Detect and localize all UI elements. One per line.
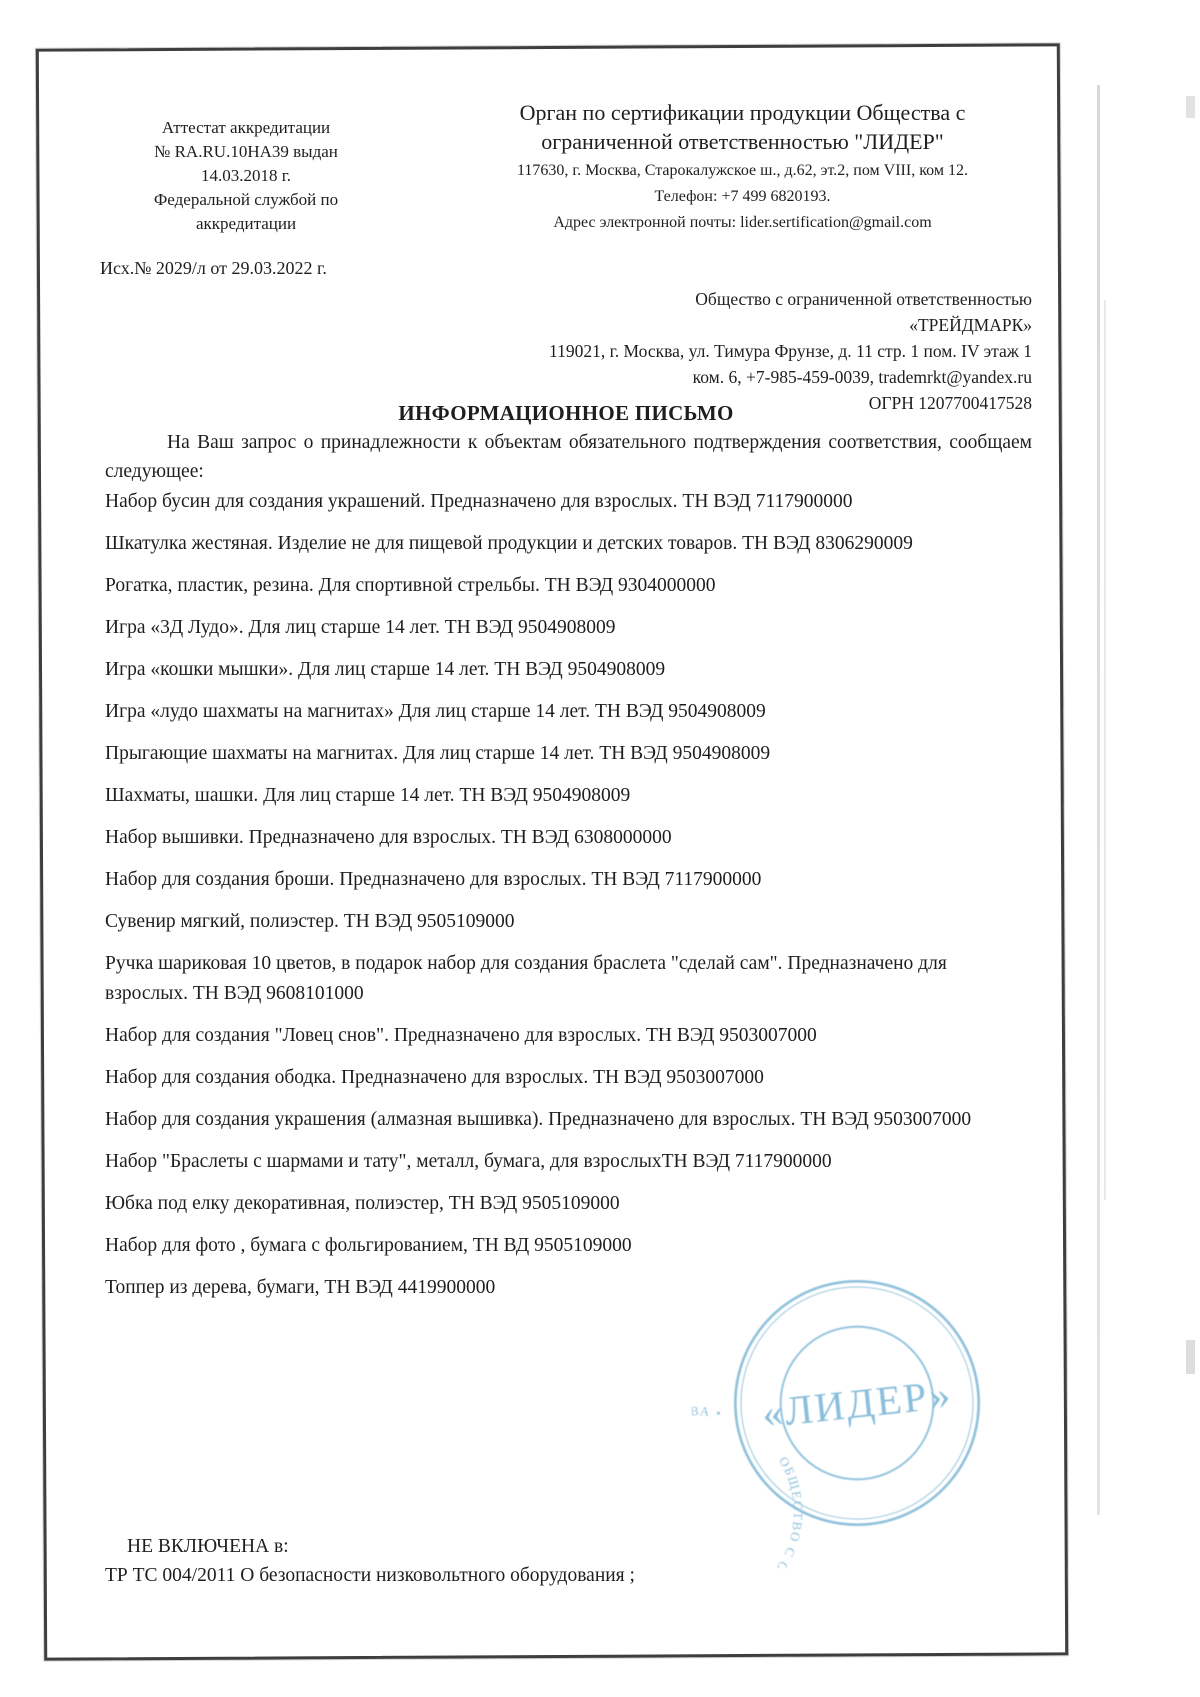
org-name-line: ограниченной ответственностью "ЛИДЕР": [420, 127, 1065, 156]
scan-artifact-line: [1104, 300, 1106, 1200]
outgoing-reference: Исх.№ 2029/л от 29.03.2022 г.: [100, 258, 327, 279]
product-item: Набор для фото , бумага с фольгированием…: [105, 1231, 1032, 1261]
scan-artifact-mark: [1186, 96, 1195, 118]
exclusions-heading: НЕ ВКЛЮЧЕНА в:: [105, 1532, 1005, 1561]
org-name-line: Орган по сертификации продукции Общества…: [420, 98, 1065, 127]
org-address: 117630, г. Москва, Старокалужское ш., д.…: [420, 159, 1065, 182]
exclusions-item: ТР ТС 004/2011 О безопасности низковольт…: [105, 1561, 1005, 1590]
product-item: Ручка шариковая 10 цветов, в подарок наб…: [105, 949, 1032, 1009]
recipient-line: «ТРЕЙДМАРК»: [430, 312, 1032, 338]
org-phone: Телефон: +7 499 6820193.: [420, 185, 1065, 208]
scanned-letter-page: { "letterhead": { "accreditation": { "li…: [0, 0, 1200, 1697]
product-item: Игра «лудо шахматы на магнитах» Для лиц …: [105, 697, 1032, 727]
product-item: Игра «3Д Лудо». Для лиц старше 14 лет. Т…: [105, 613, 1032, 643]
scan-artifact-mark: [1186, 1340, 1195, 1374]
certification-body-header: Орган по сертификации продукции Общества…: [420, 98, 1065, 234]
accreditation-line: Федеральной службой по: [112, 188, 380, 212]
intro-paragraph: На Ваш запрос о принадлежности к объекта…: [105, 428, 1032, 486]
product-item: Рогатка, пластик, резина. Для спортивной…: [105, 571, 1032, 601]
product-item: Набор вышивки. Предназначено для взрослы…: [105, 823, 1032, 853]
recipient-line: Общество с ограниченной ответственностью: [430, 286, 1032, 312]
product-item: Набор бусин для создания украшений. Пред…: [105, 487, 1032, 517]
product-item: Топпер из дерева, бумаги, ТН ВЭД 4419900…: [105, 1273, 1032, 1303]
product-item: Юбка под елку декоративная, полиэстер, Т…: [105, 1189, 1032, 1219]
org-email: Адрес электронной почты: lider.sertifica…: [420, 211, 1065, 234]
product-list: Набор бусин для создания украшений. Пред…: [105, 487, 1032, 1315]
product-item: Игра «кошки мышки». Для лиц старше 14 ле…: [105, 655, 1032, 685]
scan-artifact-line: [1097, 85, 1100, 1515]
exclusions-block: НЕ ВКЛЮЧЕНА в: ТР ТС 004/2011 О безопасн…: [105, 1532, 1005, 1590]
recipient-block: Общество с ограниченной ответственностью…: [430, 286, 1032, 416]
accreditation-line: аккредитации: [112, 212, 380, 236]
accreditation-line: № RA.RU.10НА39 выдан: [112, 140, 380, 164]
product-item: Шахматы, шашки. Для лиц старше 14 лет. Т…: [105, 781, 1032, 811]
product-item: Сувенир мягкий, полиэстер. ТН ВЭД 950510…: [105, 907, 1032, 937]
recipient-line: 119021, г. Москва, ул. Тимура Фрунзе, д.…: [430, 338, 1032, 364]
product-item: Шкатулка жестяная. Изделие не для пищево…: [105, 529, 1032, 559]
letter-title: ИНФОРМАЦИОННОЕ ПИСЬМО: [100, 401, 1032, 426]
product-item: Набор "Браслеты с шармами и тату", метал…: [105, 1147, 1032, 1177]
product-item: Набор для создания ободка. Предназначено…: [105, 1063, 1032, 1093]
recipient-line: ком. 6, +7-985-459-0039, trademrkt@yande…: [430, 364, 1032, 390]
product-item: Прыгающие шахматы на магнитах. Для лиц с…: [105, 739, 1032, 769]
accreditation-line: Аттестат аккредитации: [112, 116, 380, 140]
accreditation-block: Аттестат аккредитации № RA.RU.10НА39 выд…: [112, 116, 380, 236]
accreditation-line: 14.03.2018 г.: [112, 164, 380, 188]
product-item: Набор для создания "Ловец снов". Предназ…: [105, 1021, 1032, 1051]
product-item: Набор для создания броши. Предназначено …: [105, 865, 1032, 895]
product-item: Набор для создания украшения (алмазная в…: [105, 1105, 1032, 1135]
